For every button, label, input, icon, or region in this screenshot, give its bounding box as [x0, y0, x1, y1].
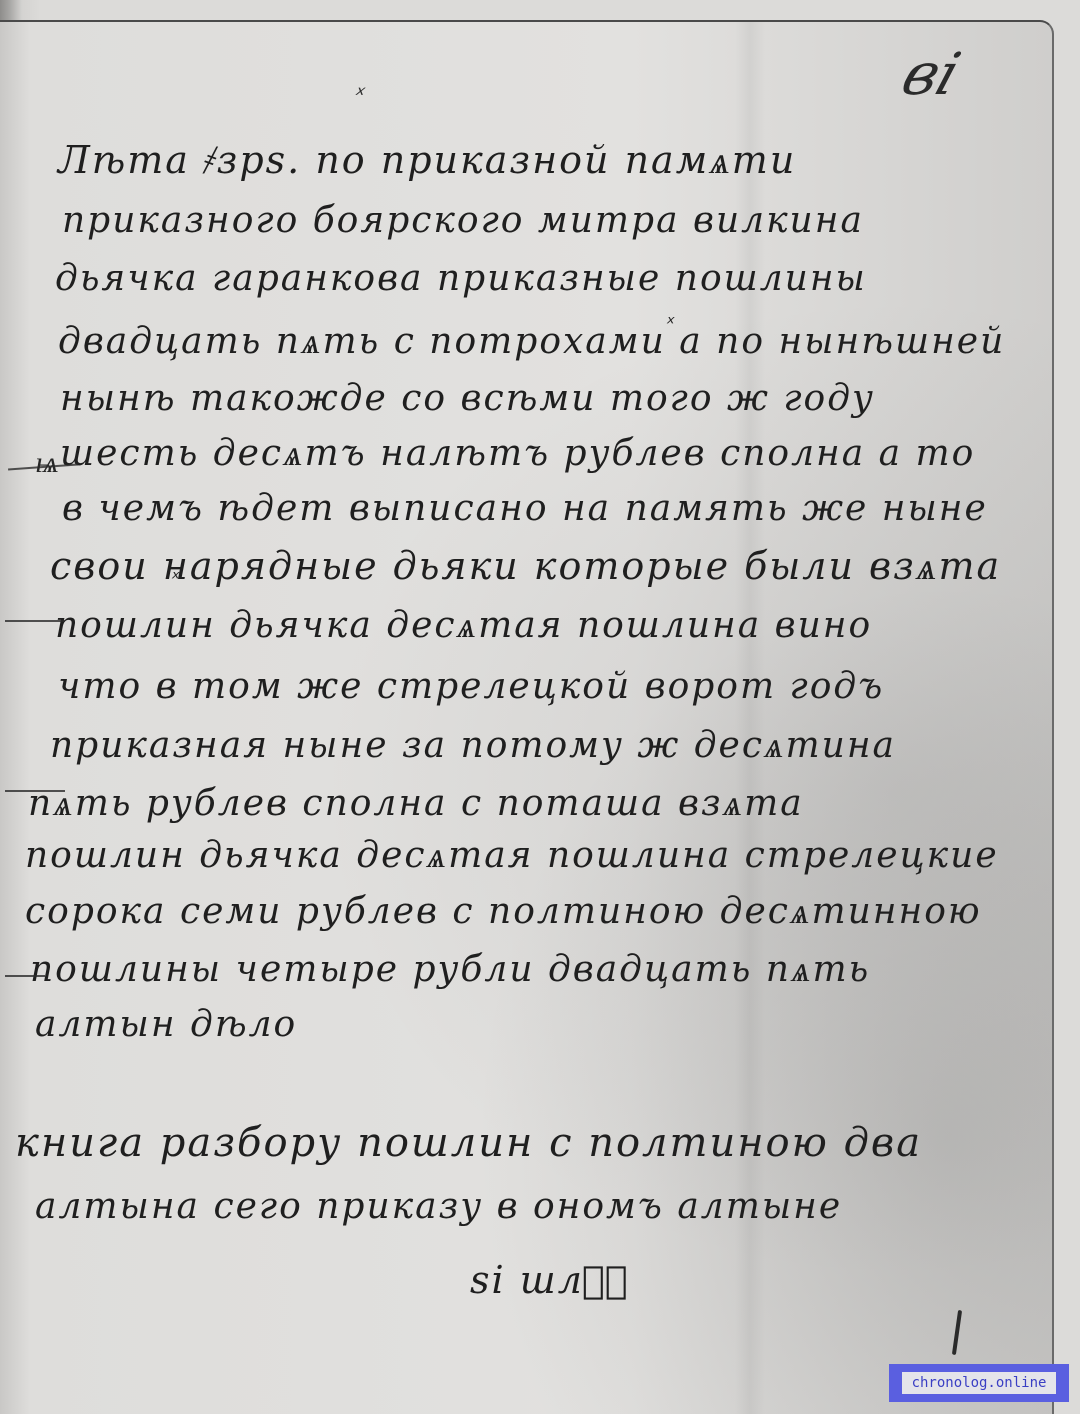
margin-strike [5, 790, 65, 792]
manuscript-line: двадцать пѧть с потрохами а по нынѣшней [58, 320, 1080, 362]
watermark-badge: chronolog.online [889, 1364, 1069, 1402]
margin-mark: ѩ [35, 445, 58, 480]
manuscript-line: дьячка гаранкова приказные пошлины [55, 258, 1080, 299]
margin-strike [5, 620, 65, 622]
manuscript-line: пошлин дьячка десѧтая пошлина вино [55, 604, 1080, 646]
manuscript-line: свои нарядные дьяки которые были взѧта [50, 544, 1080, 589]
manuscript-line: сорока семи рублев с полтиною десѧтинною [25, 890, 1065, 932]
manuscript-line: пѧть рублев сполна с поташа взѧта [28, 782, 1068, 824]
manuscript-line: шесть десѧтъ налѣтъ рублев сполна а то [60, 432, 1080, 474]
manuscript-line: ѕі шлⷭ҇ [470, 1258, 1080, 1302]
manuscript-line: книга разбору пошлин с полтиною два [15, 1120, 1055, 1166]
manuscript-line: приказного боярского митра вилкина [62, 200, 1080, 241]
watermark-text: chronolog.online [902, 1372, 1057, 1394]
manuscript-line: пошлины четыре рубли двадцать пѧть [30, 948, 1070, 990]
manuscript-line: алтына сего приказу в ономъ алтыне [35, 1186, 1075, 1227]
manuscript-line: Лѣта ҂зрѕ. по приказной памѧти [58, 138, 1080, 183]
manuscript-line: пошлин дьячка десѧтая пошлина стрелецкие [25, 834, 1065, 876]
manuscript-line: нынѣ такожде со всѣми того ж году [60, 378, 1080, 419]
manuscript-scan: ві ⷯ Лѣта ҂зрѕ. по приказной памѧти прик… [0, 0, 1080, 1414]
manuscript-line: что в том же стрелецкой ворот годъ [58, 666, 1080, 707]
manuscript-line: приказная ныне за потому ж десѧтина [50, 724, 1080, 766]
margin-strike [5, 975, 45, 977]
manuscript-line: в чемъ ѣдет выписано на память же ныне [62, 488, 1080, 529]
manuscript-line: алтын дѣло [35, 1004, 1075, 1045]
